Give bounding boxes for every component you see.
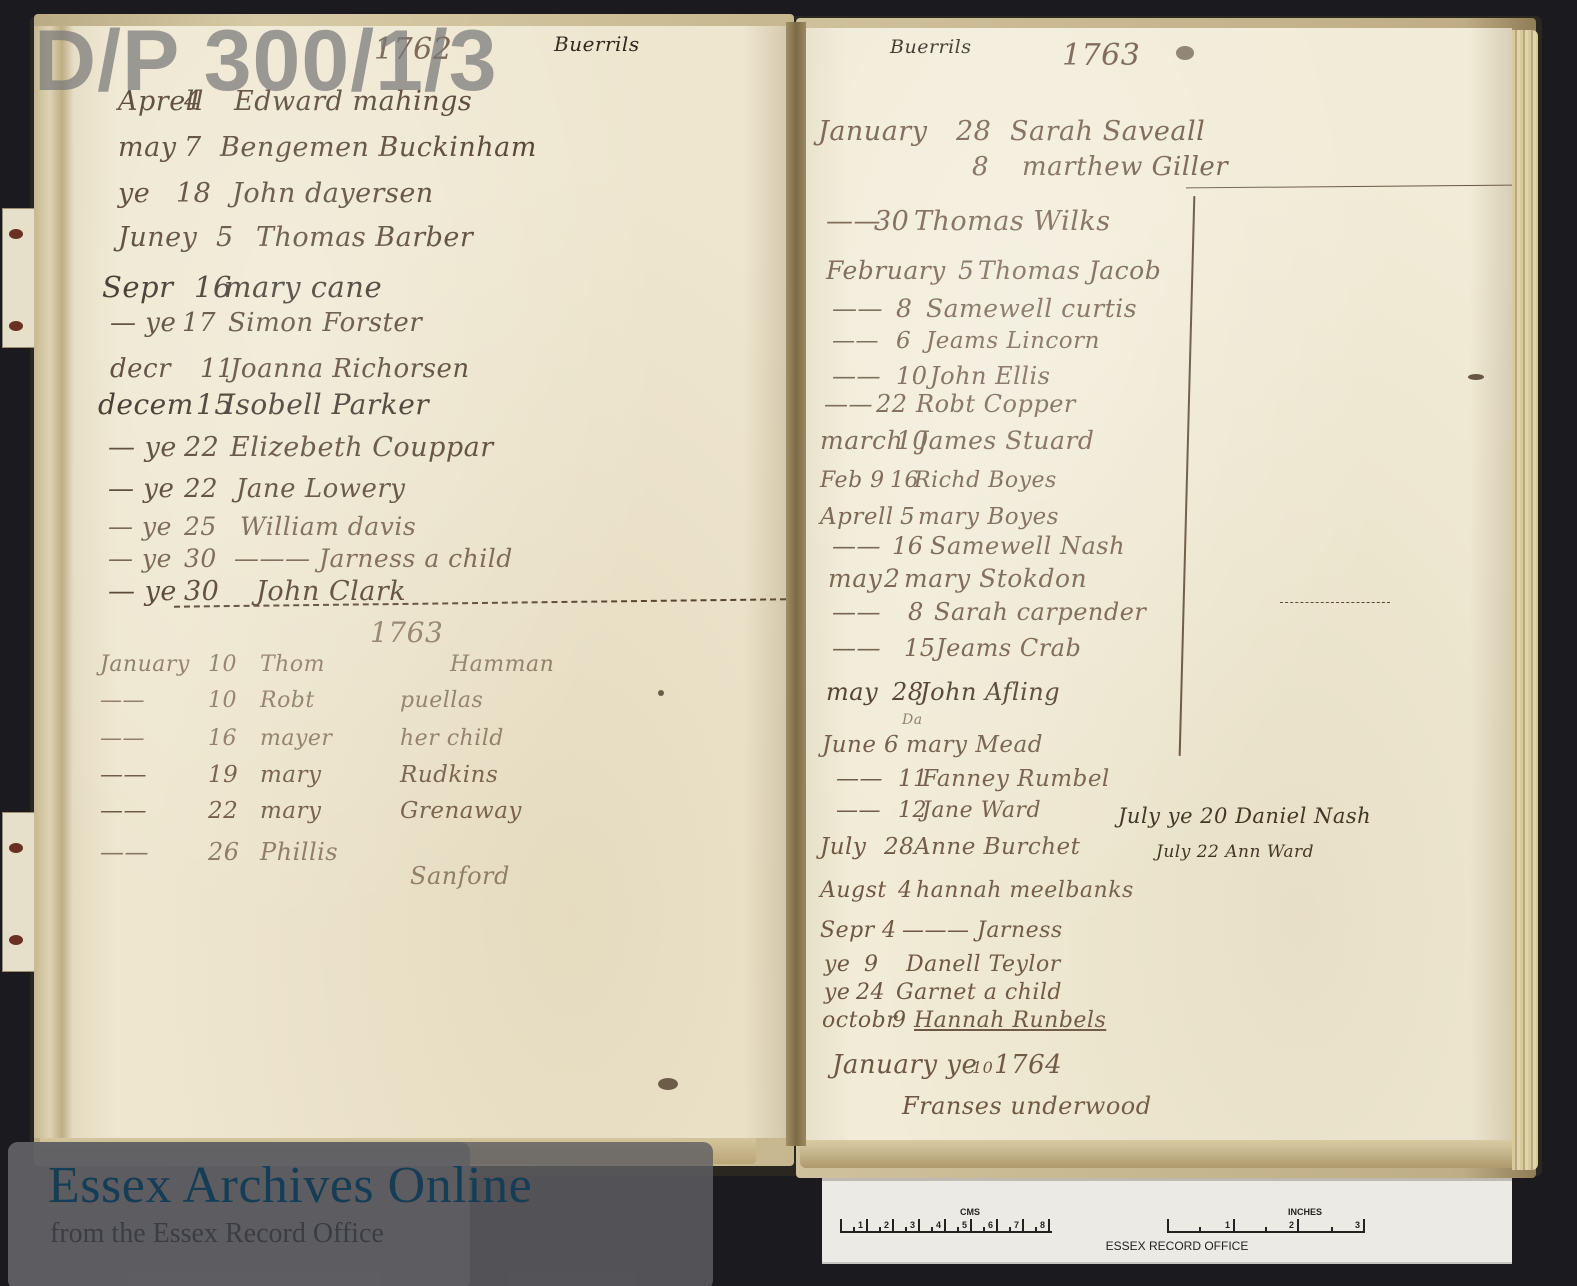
burial-entry: ——12Jane Ward <box>836 798 1041 823</box>
margin-rule <box>1186 185 1512 189</box>
burial-entry: march10James Stuard <box>820 426 1094 455</box>
stitch-icon <box>9 321 23 331</box>
burial-entry: ——8Sarah carpender <box>832 598 1146 626</box>
binding-tab-top <box>2 208 38 348</box>
burial-entry: — ye30John Clark <box>108 576 406 607</box>
reference-watermark: D/P 300/1/3 <box>34 18 498 104</box>
burial-entry: ——10Robtpuellas <box>100 688 483 713</box>
brand-subtitle: from the Essex Record Office <box>50 1220 384 1248</box>
margin-note: July ye 20 Daniel Nash <box>1118 804 1371 828</box>
book-gutter <box>786 22 806 1146</box>
brand-title: Essex Archives Online <box>48 1160 532 1212</box>
burial-entry: decem15Isobell Parker <box>98 388 429 421</box>
burial-entry: — ye17Simon Forster <box>110 308 422 338</box>
burial-entry: ——22Robt Copper <box>824 390 1076 418</box>
page-stack-bottom-right <box>800 1140 1530 1168</box>
burial-entry: January10ThomHamman <box>100 652 554 677</box>
column-rule <box>1179 196 1196 756</box>
burial-entry: octobr9Hannah Runbels <box>822 1008 1106 1033</box>
document-viewer: 1762 Buerrils Aprell4Edward mahings may7… <box>0 0 1577 1286</box>
cms-scale: 1 2 3 4 5 6 7 8 <box>840 1219 1052 1233</box>
burial-entry: ——11Fanney Rumbel <box>836 766 1110 792</box>
burial-entry: ——22maryGrenaway <box>100 798 522 824</box>
burial-entry: 8marthew Giller <box>972 152 1228 182</box>
right-page: Buerrils 1763 January28Sarah Saveall 8ma… <box>806 28 1512 1140</box>
stitch-icon <box>9 935 23 945</box>
ink-stain <box>658 690 664 696</box>
burial-entry: — ye25William davis <box>108 512 416 541</box>
burial-entry: ——19maryRudkins <box>100 762 498 788</box>
right-header-word: Buerrils <box>890 36 972 58</box>
burial-entry: February5Thomas Jacob <box>826 256 1161 285</box>
burial-entry: ——16mayerher child <box>100 726 504 751</box>
burial-entry: ——30Thomas Wilks <box>826 206 1111 237</box>
inches-label: INCHES <box>1288 1207 1322 1217</box>
section-year: 1763 <box>370 616 443 649</box>
ink-stain <box>1176 46 1194 60</box>
faint-dash <box>1280 602 1390 603</box>
burial-entry: — ye30——— Jarness a child <box>108 544 513 573</box>
left-header-word: Buerrils <box>554 32 640 56</box>
burial-entry: may7Bengemen Buckinham <box>118 132 537 163</box>
burial-entry: July28Anne Burchet <box>820 834 1080 860</box>
margin-note: July 22 Ann Ward <box>1156 842 1314 862</box>
left-page: 1762 Buerrils Aprell4Edward mahings may7… <box>74 26 786 1138</box>
burial-entry: Aprell5mary Boyes <box>820 504 1059 530</box>
burial-entry: ——10John Ellis <box>832 362 1050 390</box>
left-margin-strip <box>34 26 74 1138</box>
burial-entry: may2mary Stokdon <box>828 564 1087 593</box>
burial-entry: ——26PhillisSanford <box>100 838 510 866</box>
ink-stain <box>658 1078 678 1090</box>
inches-scale: 1 2 3 <box>1167 1219 1365 1233</box>
scale-ruler: CMS 1 2 3 4 5 6 7 8 INCHES 1 2 3 ESSEX R… <box>822 1178 1512 1264</box>
ruler-office-label: ESSEX RECORD OFFICE <box>822 1239 1512 1253</box>
cms-label: CMS <box>960 1207 980 1217</box>
stitch-icon <box>9 229 23 239</box>
burial-entry: — ye22Jane Lowery <box>108 474 406 504</box>
burial-entry: January ye101764 <box>832 1050 1062 1080</box>
burial-entry: January28Sarah Saveall <box>818 116 1160 147</box>
burial-entry: June6mary Mead <box>822 732 1043 758</box>
burial-entry: ——6Jeams Lincorn <box>832 328 1100 354</box>
burial-entry: Juney5Thomas Barber <box>118 222 473 253</box>
binding-tab-bottom <box>2 812 38 972</box>
burial-entry: Feb 916Richd Boyes <box>820 468 1057 493</box>
ink-stain <box>1468 374 1484 380</box>
burial-entry: Franses underwood <box>902 1092 1152 1120</box>
burial-entry: — ye22Elizebeth Couppar <box>108 432 494 463</box>
burial-entry: ye9Danell Teylor <box>824 952 1061 977</box>
fore-edge <box>1512 30 1538 1170</box>
burial-entry: may28John Afling <box>826 678 1060 706</box>
annotation-note: Da <box>902 712 923 728</box>
burial-entry: Sepr4——— Jarness <box>820 918 1063 943</box>
burial-entry: ——15Jeams Crab <box>832 634 1081 662</box>
burial-entry: ye18John dayersen <box>118 178 434 209</box>
right-header-year: 1763 <box>1062 38 1140 73</box>
burial-entry: ——16Samewell Nash <box>832 532 1125 560</box>
burial-entry: decr11Joanna Richorsen <box>110 354 470 384</box>
burial-entry: Augst4hannah meelbanks <box>820 878 1134 903</box>
stitch-icon <box>9 843 23 853</box>
burial-entry: Sepr16mary cane <box>102 270 382 304</box>
burial-entry: ye24Garnet a child <box>824 980 1062 1005</box>
burial-entry: ——8Samewell curtis <box>832 294 1137 323</box>
